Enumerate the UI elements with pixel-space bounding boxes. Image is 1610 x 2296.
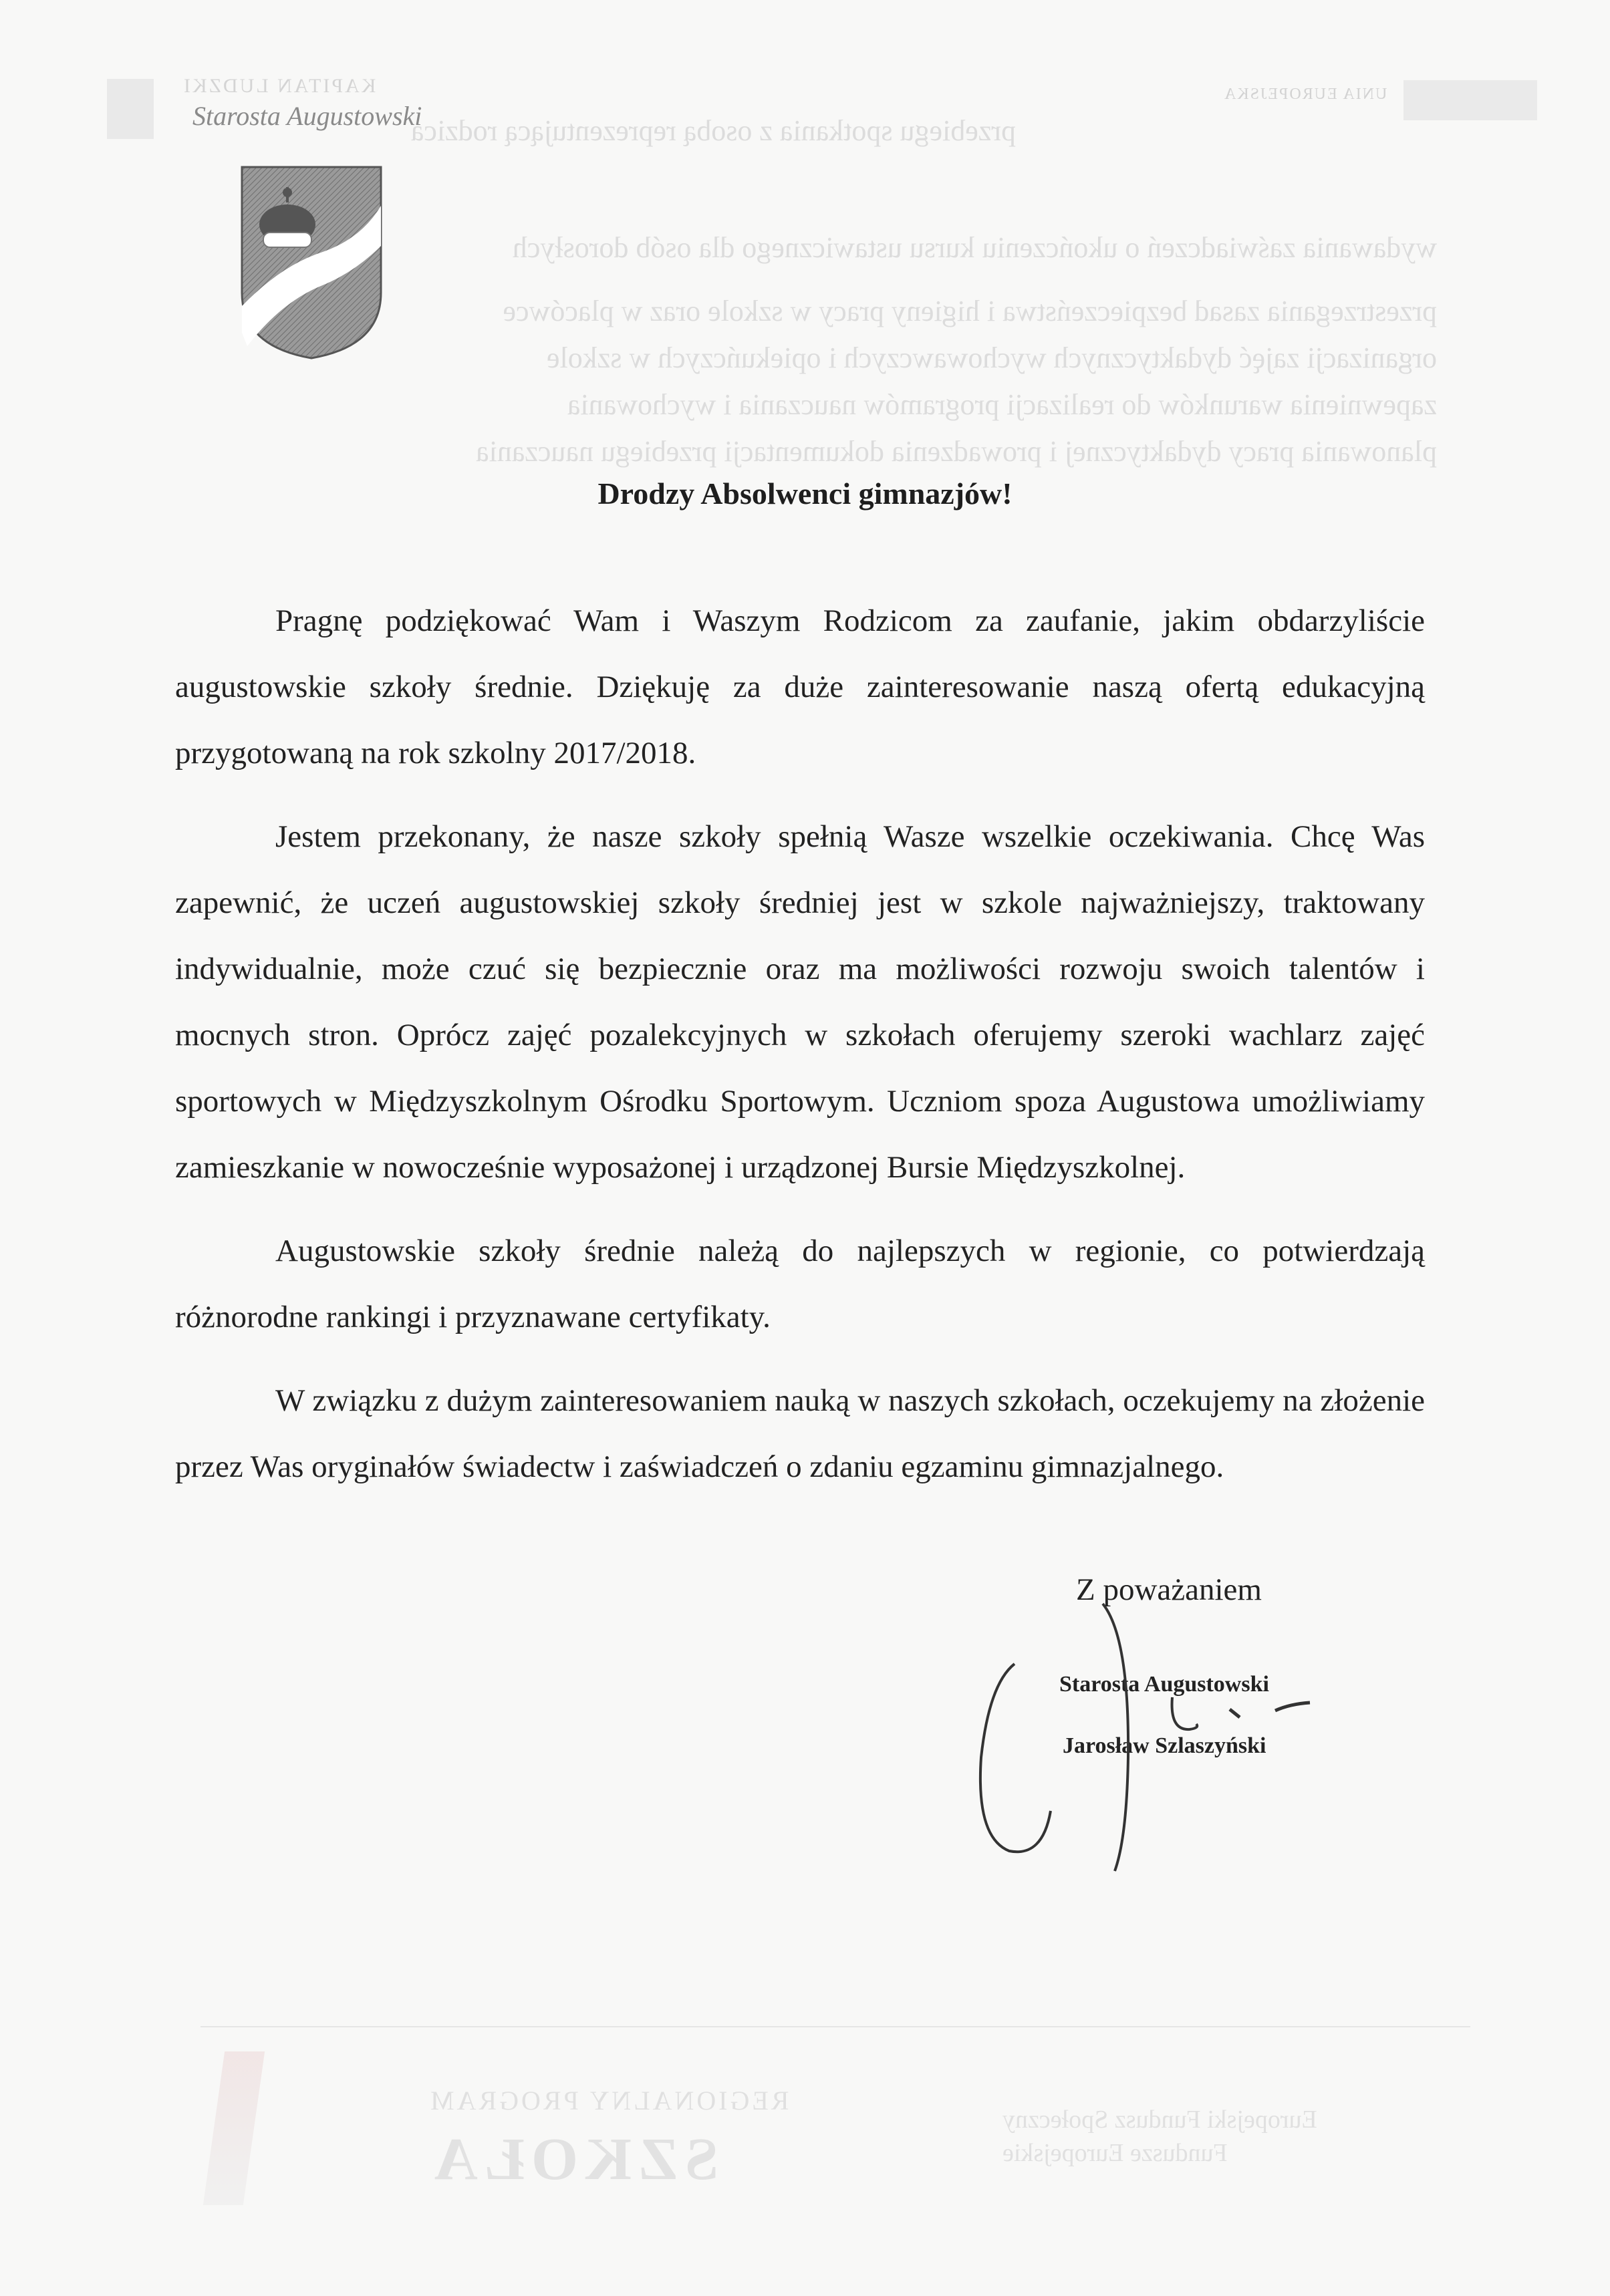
footer-bleedthrough-text: REGIONALNY PROGRAM bbox=[428, 2085, 789, 2116]
bleedthrough-line: planowania pracy dydaktycznej i prowadze… bbox=[267, 434, 1437, 468]
footer-divider bbox=[200, 2026, 1470, 2027]
footer-bleedthrough-text: SZKOŁA bbox=[428, 2125, 718, 2194]
bleedthrough-line: przestrzegania zasad bezpieczeństwa i hi… bbox=[267, 294, 1437, 328]
closing-salutation: Z poważaniem bbox=[1076, 1572, 1262, 1608]
coat-of-arms-icon bbox=[241, 166, 382, 360]
signatory-name: Jarosław Szlaszyński bbox=[1063, 1733, 1266, 1759]
footer-bleedthrough-text: Europejski Fundusz Społeczny bbox=[1002, 2105, 1317, 2134]
footer-bleedthrough-text: Fundusze Europejskie bbox=[1002, 2138, 1228, 2168]
letter-paragraph: W związku z dużym zainteresowaniem nauką… bbox=[175, 1368, 1425, 1500]
footer-logo-icon bbox=[203, 2051, 265, 2205]
header-bleedthrough-text-right: UNIA EUROPEJSKA bbox=[1223, 86, 1387, 104]
letter-paragraph: Augustowskie szkoły średnie należą do na… bbox=[175, 1218, 1425, 1350]
bleedthrough-line: przebiegu spotkania z osobą reprezentują… bbox=[281, 114, 1016, 148]
header-bleedthrough-text: KAPITAN LUDZKI bbox=[182, 75, 376, 98]
bleedthrough-line: zapewnienia warunków do realizacji progr… bbox=[267, 388, 1437, 422]
letter-title: Drodzy Absolwenci gimnazjów! bbox=[0, 476, 1610, 511]
header-logo-right bbox=[1403, 80, 1537, 120]
bleedthrough-line: wydawania zaświadczeń o ukończeniu kursu… bbox=[401, 231, 1437, 265]
signatory-role: Starosta Augustowski bbox=[1059, 1672, 1269, 1697]
letter-body: Pragnę podziękować Wam i Waszym Rodzicom… bbox=[175, 588, 1425, 1500]
header-logo-left bbox=[107, 79, 154, 139]
bleedthrough-line: organizacji zajęć dydaktycznych wychowaw… bbox=[267, 341, 1437, 375]
letter-paragraph: Pragnę podziękować Wam i Waszym Rodzicom… bbox=[175, 588, 1425, 786]
letter-paragraph: Jestem przekonany, że nasze szkoły spełn… bbox=[175, 804, 1425, 1201]
scanned-letter-page: KAPITAN LUDZKI Starosta Augustowski UNIA… bbox=[0, 0, 1610, 2296]
